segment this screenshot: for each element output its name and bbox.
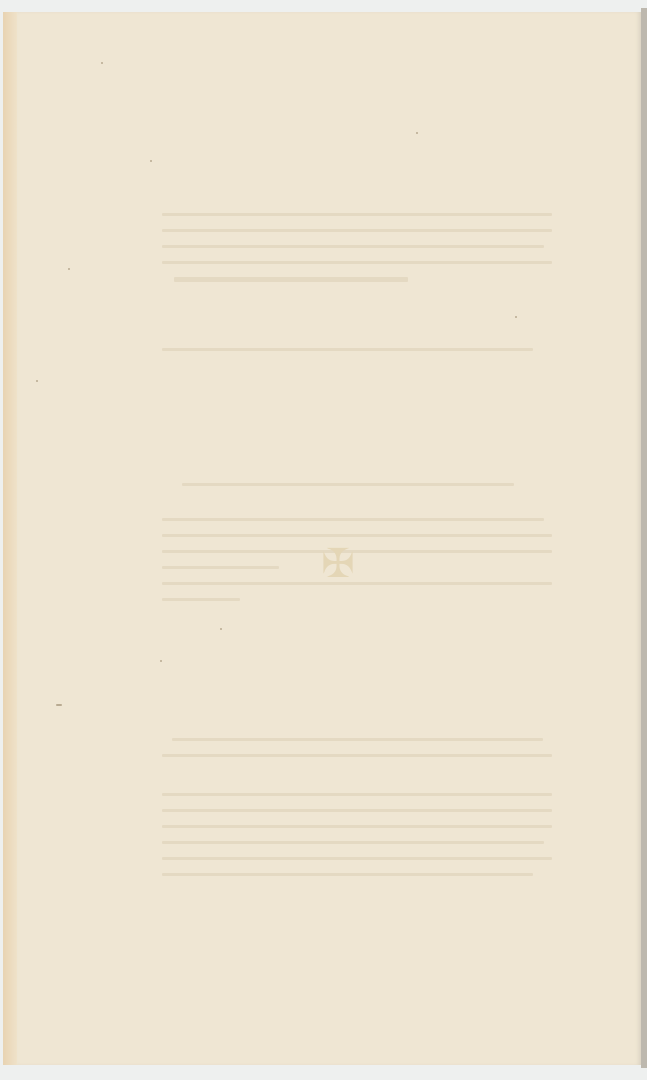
paper-speck	[515, 316, 517, 318]
paper-speck	[101, 62, 103, 64]
page-binding-edge	[3, 12, 17, 1065]
show-through-block-6	[162, 780, 552, 876]
paper-speck	[220, 628, 222, 630]
paper-speck	[416, 132, 418, 134]
paper-speck	[160, 660, 162, 662]
paper-speck	[36, 380, 38, 382]
show-through-block-3	[162, 470, 552, 486]
paper-speck	[68, 268, 70, 270]
show-through-block-2	[162, 335, 552, 351]
show-through-block-1	[162, 200, 552, 282]
show-through-ornament: ✠	[318, 540, 358, 600]
paper-speck	[56, 704, 62, 706]
show-through-block-5	[162, 725, 552, 757]
page-right-edge	[641, 8, 647, 1068]
paper-speck	[150, 160, 152, 162]
